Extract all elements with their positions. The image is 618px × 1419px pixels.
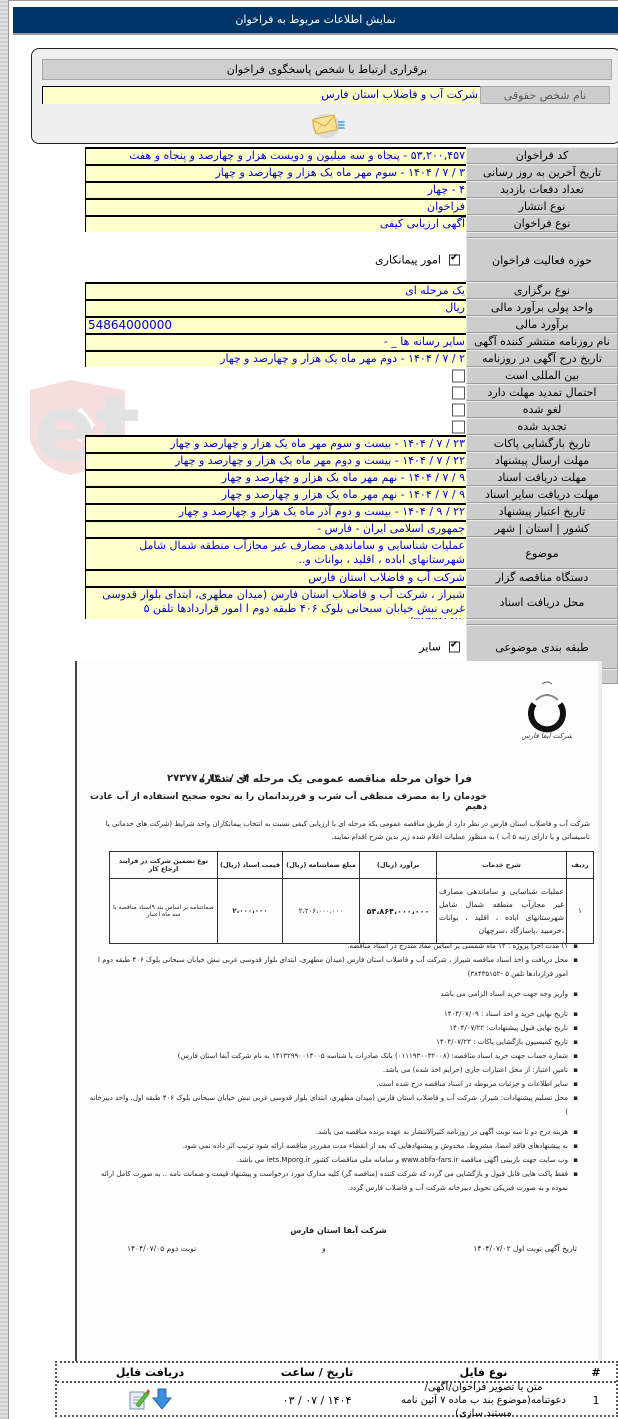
doc-bullet: تاریخ نهایی قبول پیشنهادات: ۱۴۰۴/۰۷/۲۲ <box>88 1021 578 1035</box>
field-label: حوزه فعالیت فراخوان <box>466 238 618 282</box>
field-label: تاریخ آخرین به روز رسانی <box>466 164 618 181</box>
field-row-newspaper: نام روزنامه منتشر کننده آگهی سایر رسانه … <box>85 333 618 350</box>
field-value: ۲۳ / ۷ / ۱۴۰۴ - بیست و سوم مهر ماه یک هز… <box>85 435 466 452</box>
doc-bullet: تاریخ کمیسیون بازگشایی پاکات : ۱۴۰۴/۰۷/۲… <box>88 1035 578 1049</box>
field-row-newspaper-date: تاریخ درج آگهی در روزنامه ۲ / ۷ / ۱۴۰۴ -… <box>85 350 618 367</box>
field-value: عملیات شناسایی و ساماندهی مصارف غیر مجاز… <box>85 537 466 569</box>
col-date: تاریخ / ساعت <box>243 1363 391 1381</box>
doc-signature: شرکت آبفا استان فارس <box>75 1226 602 1235</box>
doc-bullet: تامین اعتبار: از محل اعتبارات جاری (جرای… <box>88 1063 578 1077</box>
doc-number: ۲۷۳۷۷ / ۱۴۰ / ۰۴ <box>167 773 249 784</box>
field-value: ۵۳,۲۰۰,۴۵۷ - پنجاه و سه میلیون و دویست ه… <box>85 147 466 164</box>
field-row-docs-deadline: مهلت دریافت اسناد ۹ / ۷ / ۱۴۰۴ - نهم مهر… <box>85 469 618 486</box>
field-row-validity-date: تاریخ اعتبار پیشنهاد ۲۲ / ۹ / ۱۴۰۴ - بیس… <box>85 503 618 520</box>
doc-bullet: ۱) مدت اجرا پروژه : ۱۲ ماه شمسی بر اساس … <box>88 939 578 953</box>
contact-row: نام شخص حقوقی شرکت آب و فاضلاب استان فار… <box>42 86 610 104</box>
field-row-visit-count: تعداد دفعات بازدید ۴ - چهار <box>85 181 618 198</box>
field-row-code: کد فراخوان ۵۳,۲۰۰,۴۵۷ - پنجاه و سه میلیو… <box>85 147 618 164</box>
field-value: جمهوری اسلامی ایران - فارس - <box>85 520 466 537</box>
field-label: برآورد مالی <box>466 316 618 333</box>
field-label: تاریخ درج آگهی در روزنامه <box>466 350 618 367</box>
field-value <box>85 384 466 401</box>
field-value: شرکت آب و فاضلاب استان فارس <box>85 569 466 586</box>
field-row-activity-scope: حوزه فعالیت فراخوان امور پیمانکاری <box>85 238 618 282</box>
doc-bullet: تاریخ نهایی خرید و اخذ اسناد : ۱۴۰۴/۰۷/۰… <box>88 1007 578 1021</box>
doc-td: ۲،۲۰۶،۰۰۰،۰۰۰ <box>283 879 360 944</box>
cancelled-checkbox[interactable] <box>452 403 465 416</box>
field-value: سایر رسانه ها _ - <box>85 333 466 350</box>
doc-bullet: واریز وجه جهت خرید اسناد الزامی می باشد <box>88 987 578 1001</box>
doc-intro: شرکت آب و فاضلاب استان فارس در نظر دارد … <box>90 818 590 844</box>
doc-td: ۵۴،۸۶۴،۰۰۰،۰۰۰ <box>360 879 437 944</box>
field-value <box>85 401 466 418</box>
doc-bullet: سایر اطلاعات و جزئیات مربوطه در اسناد من… <box>88 1077 578 1091</box>
col-file-type: نوع فایل <box>391 1363 576 1381</box>
page-gutter <box>0 0 8 1419</box>
field-value: ۲۲ / ۹ / ۱۴۰۴ - بیست و دوم آذر ماه یک هز… <box>85 503 466 520</box>
field-row-currency: واحد پولی برآورد مالی ریال <box>85 299 618 316</box>
file-download-cell <box>57 1383 243 1417</box>
table-row: 1 متن یا تصویر فراخوان/آگهی/دعوتنامه(موض… <box>57 1383 616 1417</box>
svg-text:شرکت آبفا فارس: شرکت آبفا فارس <box>522 731 572 740</box>
field-label: نوع فراخوان <box>466 215 618 232</box>
edit-document-icon[interactable] <box>128 1388 150 1413</box>
field-label: بین المللی است <box>466 367 618 384</box>
contact-value: شرکت آب و فاضلاب استان فارس <box>42 86 480 104</box>
field-row-holding-type: نوع برگزاری یک مرحله ای <box>85 282 618 299</box>
field-label: نوع انتشار <box>466 198 618 215</box>
field-row-submission-deadline: مهلت ارسال پیشنهاد ۲۲ / ۷ / ۱۴۰۴ - بیست … <box>85 452 618 469</box>
doc-bullet: محل دریافت و اخذ اسناد مناقصه شیراز ، شر… <box>88 953 578 981</box>
field-label: تاریخ اعتبار پیشنهاد <box>466 503 618 520</box>
field-label: لغو شده <box>466 401 618 418</box>
field-row-docs-location: محل دریافت اسناد شیراز ، شرکت آب و فاضلا… <box>85 586 618 619</box>
field-value <box>85 418 466 435</box>
doc-bullet: به پیشنهادهای فاقد امضا، مشروط، مخدوش و … <box>88 1139 578 1153</box>
field-value: فراخوان <box>85 198 466 215</box>
doc-td: ضمانتنامه بر اساس بند ۹اسناد مناقصه با س… <box>110 879 218 944</box>
doc-footer-and: و <box>322 1244 326 1253</box>
category-checkbox[interactable] <box>449 642 460 653</box>
field-row-publish-type: نوع انتشار فراخوان <box>85 198 618 215</box>
checkbox-label: سایر <box>419 641 441 654</box>
field-value: شیراز ، شرکت آب و فاضلاب استان فارس (مید… <box>85 586 466 619</box>
field-row-renewed: تجدید شده <box>85 418 618 435</box>
field-value: امور پیمانکاری <box>85 238 466 282</box>
doc-bullet: فقط پاکت هایی قابل قبول و بازگشایی می گر… <box>88 1167 578 1195</box>
tender-details-table: کد فراخوان ۵۳,۲۰۰,۴۵۷ - پنجاه و سه میلیو… <box>85 147 618 684</box>
field-label: موضوع <box>466 537 618 569</box>
file-date: ۱۴۰۴ / ۰۷ / ۰۳ <box>243 1383 391 1417</box>
contact-label: نام شخص حقوقی <box>480 86 610 104</box>
field-label: نام روزنامه منتشر کننده آگهی <box>466 333 618 350</box>
file-type: متن یا تصویر فراخوان/آگهی/دعوتنامه(موضوع… <box>391 1383 576 1417</box>
doc-td: عملیات شناسایی و ساماندهی مصارف غیر مجاز… <box>437 879 567 944</box>
doc-edge-shadow <box>596 661 602 1361</box>
field-row-organizer: دستگاه مناقصه گزار شرکت آب و فاضلاب استا… <box>85 569 618 586</box>
field-row-cancelled: لغو شده <box>85 401 618 418</box>
col-num: # <box>576 1363 616 1381</box>
field-row-international: بین المللی است <box>85 367 618 384</box>
field-label: کشور | استان | شهر <box>466 520 618 537</box>
field-row-opening-date: تاریخ بازگشایی پاکات ۲۳ / ۷ / ۱۴۰۴ - بیس… <box>85 435 618 452</box>
doc-slogan: خودمان را به مصرف منطقی آب شرب و فرزندان… <box>77 792 487 812</box>
field-value: 54864000000 <box>85 316 466 333</box>
doc-first-publish-date: تاریخ آگهی نوبت اول ۱۴۰۴/۰۷/۰۲ <box>473 1244 577 1253</box>
checkbox-label: امور پیمانکاری <box>375 254 441 267</box>
files-table: # نوع فایل تاریخ / ساعت دریافت فایل 1 مت… <box>55 1361 618 1417</box>
field-value: ۳ / ۷ / ۱۴۰۴ - سوم مهر ماه یک هزار و چها… <box>85 164 466 181</box>
doc-bullet: وب سایت جهت بازبینی آگهی مناقصه www.abfa… <box>88 1153 578 1167</box>
doc-th: مبلغ ضمانتنامه (ریال) <box>283 852 360 879</box>
field-row-subject: موضوع عملیات شناسایی و ساماندهی مصارف غی… <box>85 537 618 569</box>
renewed-checkbox[interactable] <box>452 420 465 433</box>
contact-panel: برقراری ارتباط با شخص پاسخگوی فراخوان نا… <box>31 48 618 144</box>
activity-checkbox[interactable] <box>449 255 460 266</box>
doc-th: قیمت اسناد (ریال) <box>218 852 283 879</box>
send-message-button[interactable] <box>309 111 347 139</box>
doc-th: ردیف <box>567 852 594 879</box>
field-label: مهلت دریافت اسناد <box>466 469 618 486</box>
field-value: ۴ - چهار <box>85 181 466 198</box>
field-label: تجدید شده <box>466 418 618 435</box>
field-value: ریال <box>85 299 466 316</box>
download-arrow-icon[interactable] <box>152 1388 172 1413</box>
doc-th: نوع تضمین شرکت در فرایند ارجاع کار <box>110 852 218 879</box>
doc-bullet: هزینه درج دو تا سه نوبت آگهی در روزنامه … <box>88 1125 578 1139</box>
page-title: نمایش اطلاعات مربوط به فراخوان <box>13 7 618 35</box>
doc-bullet-list: ۱) مدت اجرا پروژه : ۱۲ ماه شمسی بر اساس … <box>88 939 578 1195</box>
field-label: کد فراخوان <box>466 147 618 164</box>
field-row-last-update: تاریخ آخرین به روز رسانی ۳ / ۷ / ۱۴۰۴ - … <box>85 164 618 181</box>
field-value <box>85 367 466 384</box>
field-label: تاریخ بازگشایی پاکات <box>466 435 618 452</box>
field-value: ۹ / ۷ / ۱۴۰۴ - نهم مهر ماه یک هزار و چها… <box>85 486 466 503</box>
international-checkbox[interactable] <box>452 369 465 382</box>
doc-td: ۲،۰۰۰،۰۰۰ <box>218 879 283 944</box>
extension-checkbox[interactable] <box>452 386 465 399</box>
field-label: نوع برگزاری <box>466 282 618 299</box>
field-row-other-docs-deadline: مهلت دریافت سایر اسناد ۹ / ۷ / ۱۴۰۴ - نه… <box>85 486 618 503</box>
doc-second-publish-date: نوبت دوم ۱۴۰۴/۰۷/۰۵ <box>127 1244 196 1253</box>
field-value: ۹ / ۷ / ۱۴۰۴ - نهم مهر ماه یک هزار و چها… <box>85 469 466 486</box>
doc-bullet: محل تسلیم پیشنهادات: شیراز، شرکت آب و فا… <box>88 1091 578 1119</box>
company-logo-icon: شرکت آبفا فارس <box>522 676 572 746</box>
field-value: یک مرحله ای <box>85 282 466 299</box>
field-row-extension: احتمال تمدید مهلت دارد <box>85 384 618 401</box>
doc-th: برآورد (ریال) <box>360 852 437 879</box>
field-label: واحد پولی برآورد مالی <box>466 299 618 316</box>
field-value: آگهی ارزیابی کیفی <box>85 215 466 232</box>
field-row-tender-type: نوع فراخوان آگهی ارزیابی کیفی <box>85 215 618 232</box>
field-value: ۲۲ / ۷ / ۱۴۰۴ - بیست و دوم مهر ماه یک هز… <box>85 452 466 469</box>
field-label: دستگاه مناقصه گزار <box>466 569 618 586</box>
col-download: دریافت فایل <box>57 1363 243 1381</box>
contact-title: برقراری ارتباط با شخص پاسخگوی فراخوان <box>42 59 612 80</box>
file-num: 1 <box>576 1383 616 1417</box>
field-label: مهلت ارسال پیشنهاد <box>466 452 618 469</box>
doc-th: شرح خدمات <box>437 852 567 879</box>
doc-td: ۱ <box>567 879 594 944</box>
field-row-estimate: برآورد مالی 54864000000 <box>85 316 618 333</box>
field-label: مهلت دریافت سایر اسناد <box>466 486 618 503</box>
envelope-icon <box>309 111 347 139</box>
field-label: تعداد دفعات بازدید <box>466 181 618 198</box>
doc-bullet: شماره حساب جهت خرید اسناد مناقصه: (۰۱۱۱۹… <box>88 1049 578 1063</box>
field-label: احتمال تمدید مهلت دارد <box>466 384 618 401</box>
field-label: محل دریافت اسناد <box>466 586 618 619</box>
tender-document-image: شرکت آبفا فارس فرا خوان مرحله مناقصه عمو… <box>75 661 602 1361</box>
doc-services-table: ردیف شرح خدمات برآورد (ریال) مبلغ ضمانتن… <box>109 851 594 944</box>
field-value: ۲ / ۷ / ۱۴۰۴ - دوم مهر ماه یک هزار و چها… <box>85 350 466 367</box>
field-row-location: کشور | استان | شهر جمهوری اسلامی ایران -… <box>85 520 618 537</box>
